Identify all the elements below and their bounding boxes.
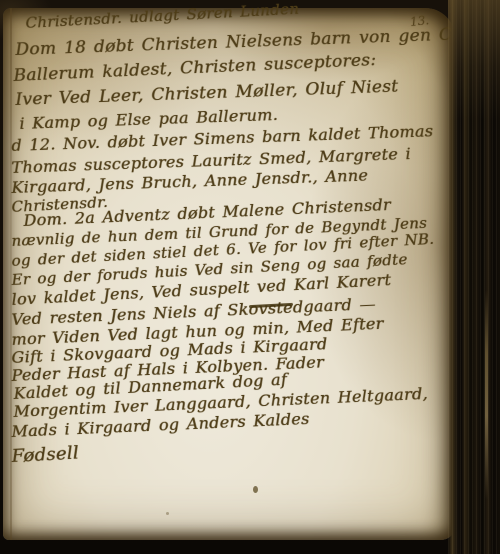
ink-speck [166, 512, 169, 515]
book-binding-edge [448, 0, 500, 554]
handwritten-line: Christensdr. udlagt Søren Lunden [25, 0, 300, 32]
page-number: 13. [409, 13, 429, 29]
handwritten-line: Fødsell [11, 442, 79, 466]
parchment-page: Christensdr. udlagt Søren Lunden Dom 18 … [3, 8, 455, 540]
ink-speck [253, 486, 258, 493]
manuscript-photo: Christensdr. udlagt Søren Lunden Dom 18 … [0, 0, 500, 554]
